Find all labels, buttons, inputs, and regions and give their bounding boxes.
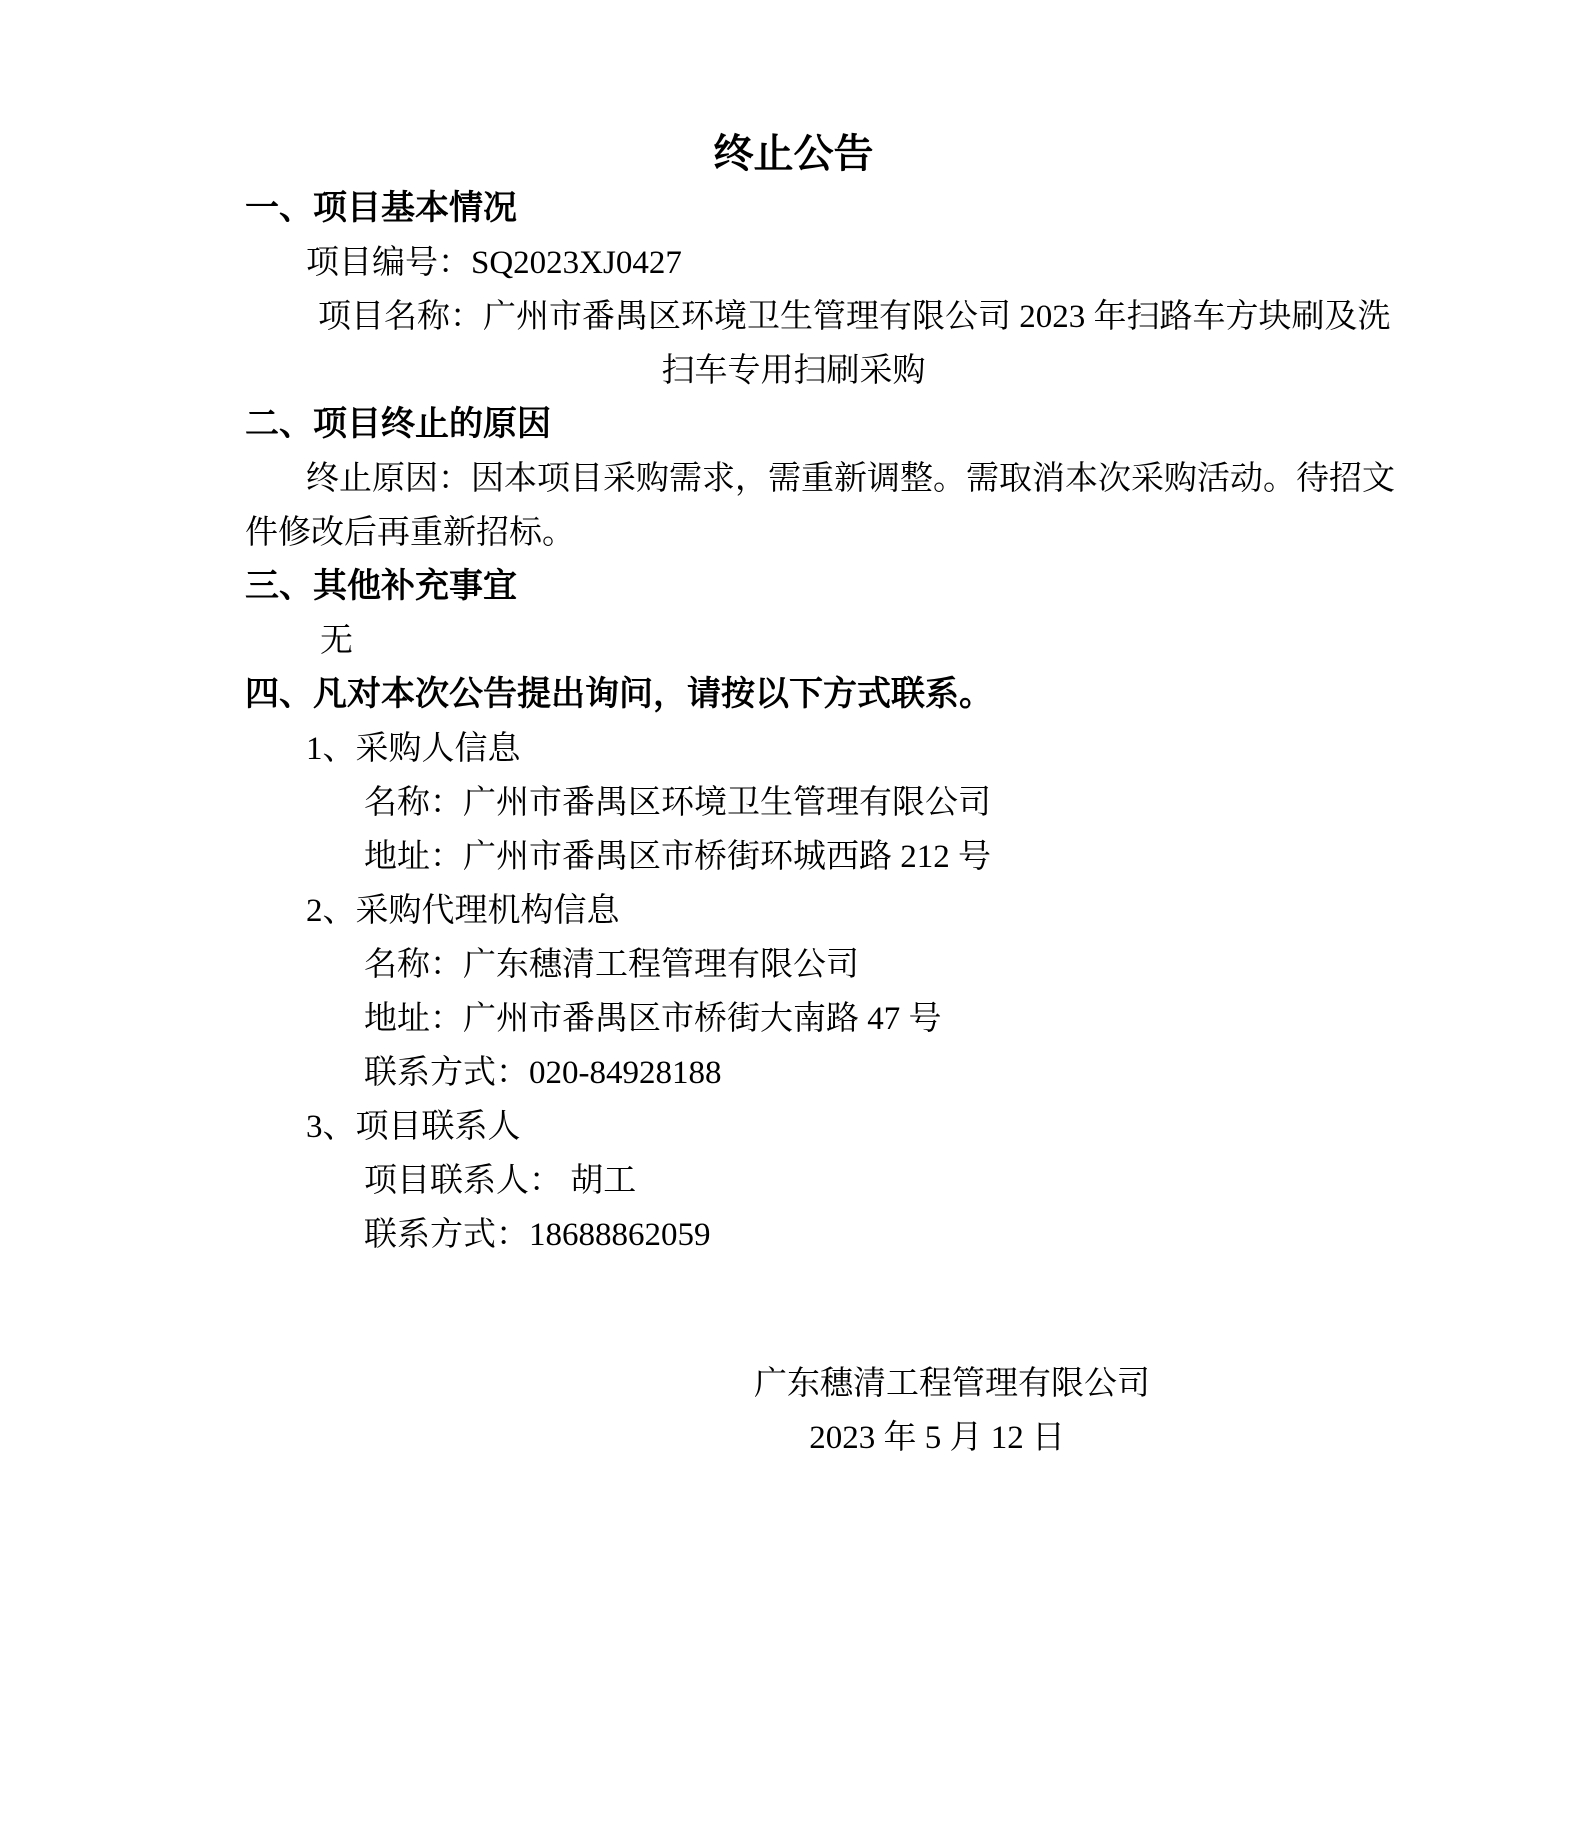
signature-company: 广东穗清工程管理有限公司 xyxy=(0,1357,1587,1411)
termination-reason-line-2: 件修改后再重新招标。 xyxy=(0,506,1587,560)
project-name-line-1: 项目名称：广州市番禺区环境卫生管理有限公司 2023 年扫路车方块刷及洗 xyxy=(0,290,1587,344)
project-contact-label: 3、项目联系人 xyxy=(0,1100,1587,1154)
project-number-line: 项目编号：SQ2023XJ0427 xyxy=(0,236,1587,290)
project-contact-phone-line: 联系方式：18688862059 xyxy=(0,1208,1587,1262)
project-contact-name-line: 项目联系人： 胡工 xyxy=(0,1154,1587,1208)
document-title: 终止公告 xyxy=(0,0,1587,182)
section-1-heading: 一、项目基本情况 xyxy=(0,182,1587,236)
section-4-heading: 四、凡对本次公告提出询问，请按以下方式联系。 xyxy=(0,668,1587,722)
agency-name-line: 名称：广东穗清工程管理有限公司 xyxy=(0,938,1587,992)
purchaser-address-line: 地址：广州市番禺区市桥街环城西路 212 号 xyxy=(0,830,1587,884)
agency-info-label: 2、采购代理机构信息 xyxy=(0,884,1587,938)
agency-phone-line: 联系方式：020-84928188 xyxy=(0,1046,1587,1100)
purchaser-name-line: 名称：广州市番禺区环境卫生管理有限公司 xyxy=(0,776,1587,830)
termination-reason-line-1: 终止原因：因本项目采购需求，需重新调整。需取消本次采购活动。待招文 xyxy=(0,452,1587,506)
supplementary-matters-line: 无 xyxy=(0,614,1587,668)
purchaser-info-label: 1、采购人信息 xyxy=(0,722,1587,776)
section-2-heading: 二、项目终止的原因 xyxy=(0,398,1587,452)
agency-address-line: 地址：广州市番禺区市桥街大南路 47 号 xyxy=(0,992,1587,1046)
project-name-line-2: 扫车专用扫刷采购 xyxy=(0,344,1587,398)
signature-date: 2023 年 5 月 12 日 xyxy=(0,1411,1587,1465)
section-3-heading: 三、其他补充事宜 xyxy=(0,560,1587,614)
termination-announcement-document: 终止公告 一、项目基本情况 项目编号：SQ2023XJ0427 项目名称：广州市… xyxy=(0,0,1587,1846)
